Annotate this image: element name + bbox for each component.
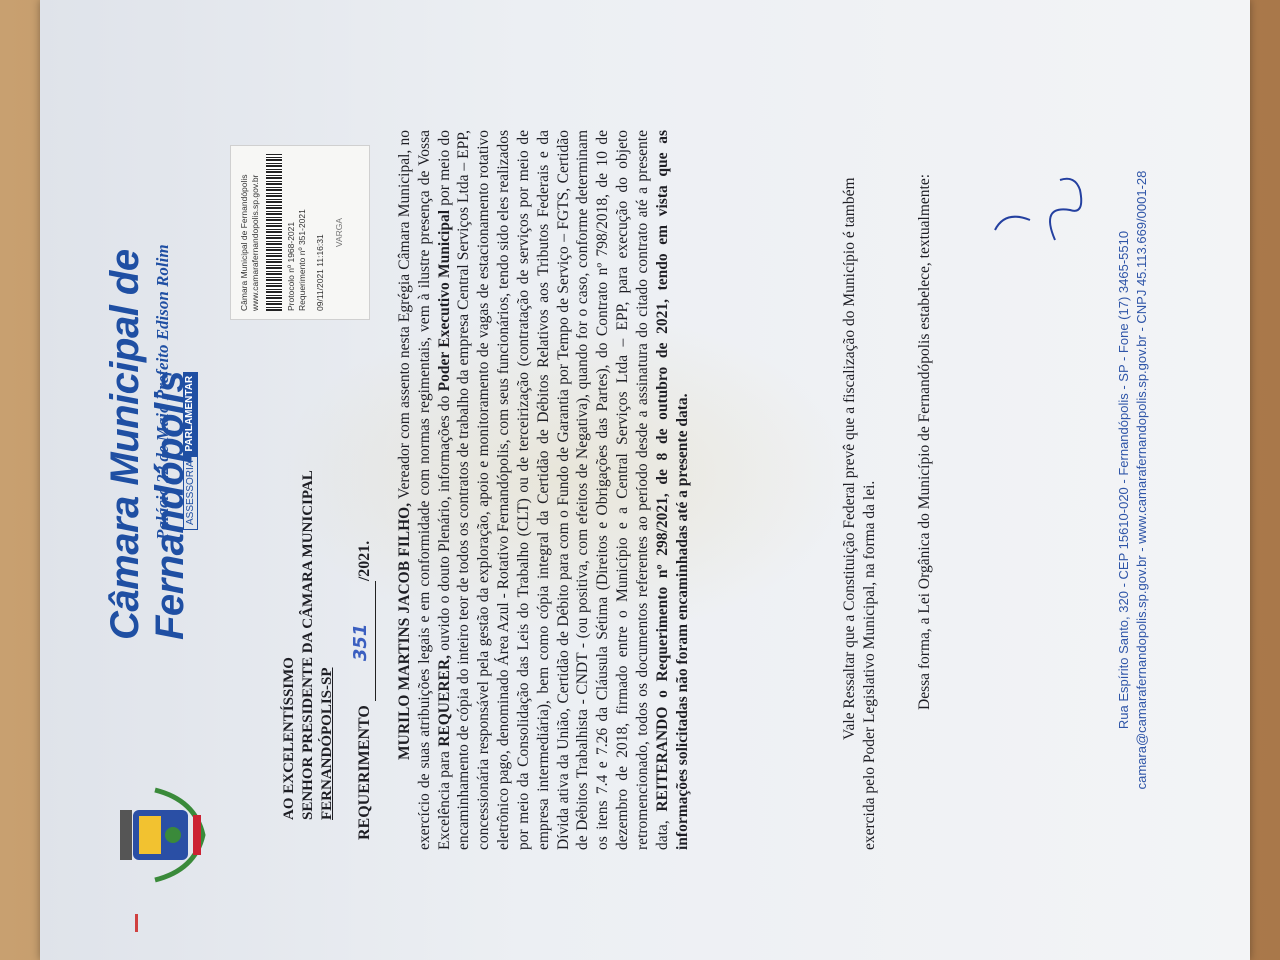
- requerimento-label: REQUERIMENTO: [356, 705, 373, 840]
- addressee-line2: SENHOR PRESIDENTE DA CÂMARA MUNICIPAL: [299, 470, 318, 820]
- paragraph-lei-organica: Dessa forma, a Lei Orgânica do Município…: [915, 130, 935, 850]
- badge-left: ASSESSORIA: [183, 456, 198, 530]
- assessoria-badge: ASSESSORIA PARLAMENTAR: [183, 372, 198, 530]
- requerimento-heading: REQUERIMENTO 351 /2021.: [355, 541, 376, 840]
- footer-contacts-line: camara@camarafernandopolis.sp.gov.br - w…: [1133, 30, 1151, 930]
- stamp-requerimento: Requerimento nº 351-2021: [297, 154, 308, 311]
- p1-b: ouvido o douto Plenário, informações do: [436, 391, 453, 655]
- document-paper: Câmara Municipal de Fernandópolis Paláci…: [40, 0, 1250, 960]
- red-mark: [135, 914, 138, 932]
- footer-address: Rua Espírito Santo, 320 - CEP 15610-020 …: [1115, 30, 1150, 930]
- addressee-block: AO EXCELENTÍSSIMO SENHOR PRESIDENTE DA C…: [280, 470, 338, 820]
- p1-c: por meio do encaminhamento de cópia do i…: [436, 130, 671, 850]
- document-page: Câmara Municipal de Fernandópolis Paláci…: [95, 20, 1245, 940]
- addressee-line3: FERNANDÓPOLIS-SP: [318, 470, 337, 820]
- stamp-footer: VARGA: [334, 154, 345, 311]
- chamber-subtitle: Palácio 22 de Maio Prefeito Edison Rolim: [153, 244, 173, 540]
- p1-reiterando: REITERANDO: [654, 707, 671, 812]
- addressee-line1: AO EXCELENTÍSSIMO: [280, 470, 299, 820]
- p1-poder: Poder Executivo Municipal: [436, 210, 453, 391]
- badge-right: PARLAMENTAR: [183, 372, 198, 456]
- protocol-stamp: Câmara Municipal de Fernandópolis www.ca…: [230, 145, 370, 320]
- stamp-protocol: Protocolo nº 1968-2021: [286, 154, 297, 311]
- requerimento-year: /2021.: [356, 541, 373, 581]
- paragraph-constitution: Vale Ressaltar que a Constituição Federa…: [840, 130, 880, 850]
- stamp-datetime: 09/11/2021 11:16:31: [315, 154, 326, 311]
- p1-requerer: REQUERER,: [436, 655, 453, 747]
- stamp-line2: www.camarafernandopolis.sp.gov.br: [250, 154, 261, 311]
- signature-mark: [985, 160, 1095, 250]
- handwritten-number: 351: [349, 624, 372, 662]
- footer-address-line: Rua Espírito Santo, 320 - CEP 15610-020 …: [1115, 30, 1133, 930]
- p1-d: o Requerimento nº 298/2021,: [654, 485, 671, 707]
- stamp-line1: Câmara Municipal de Fernandópolis: [239, 154, 250, 311]
- barcode-icon: [266, 154, 282, 311]
- chamber-title: Câmara Municipal de Fernandópolis: [103, 20, 193, 640]
- paragraph-request: MURILO MARTINS JACOB FILHO, Vereador com…: [395, 130, 692, 850]
- vereador-name: MURILO MARTINS JACOB FILHO,: [396, 503, 413, 760]
- municipal-crest-icon: [115, 780, 210, 890]
